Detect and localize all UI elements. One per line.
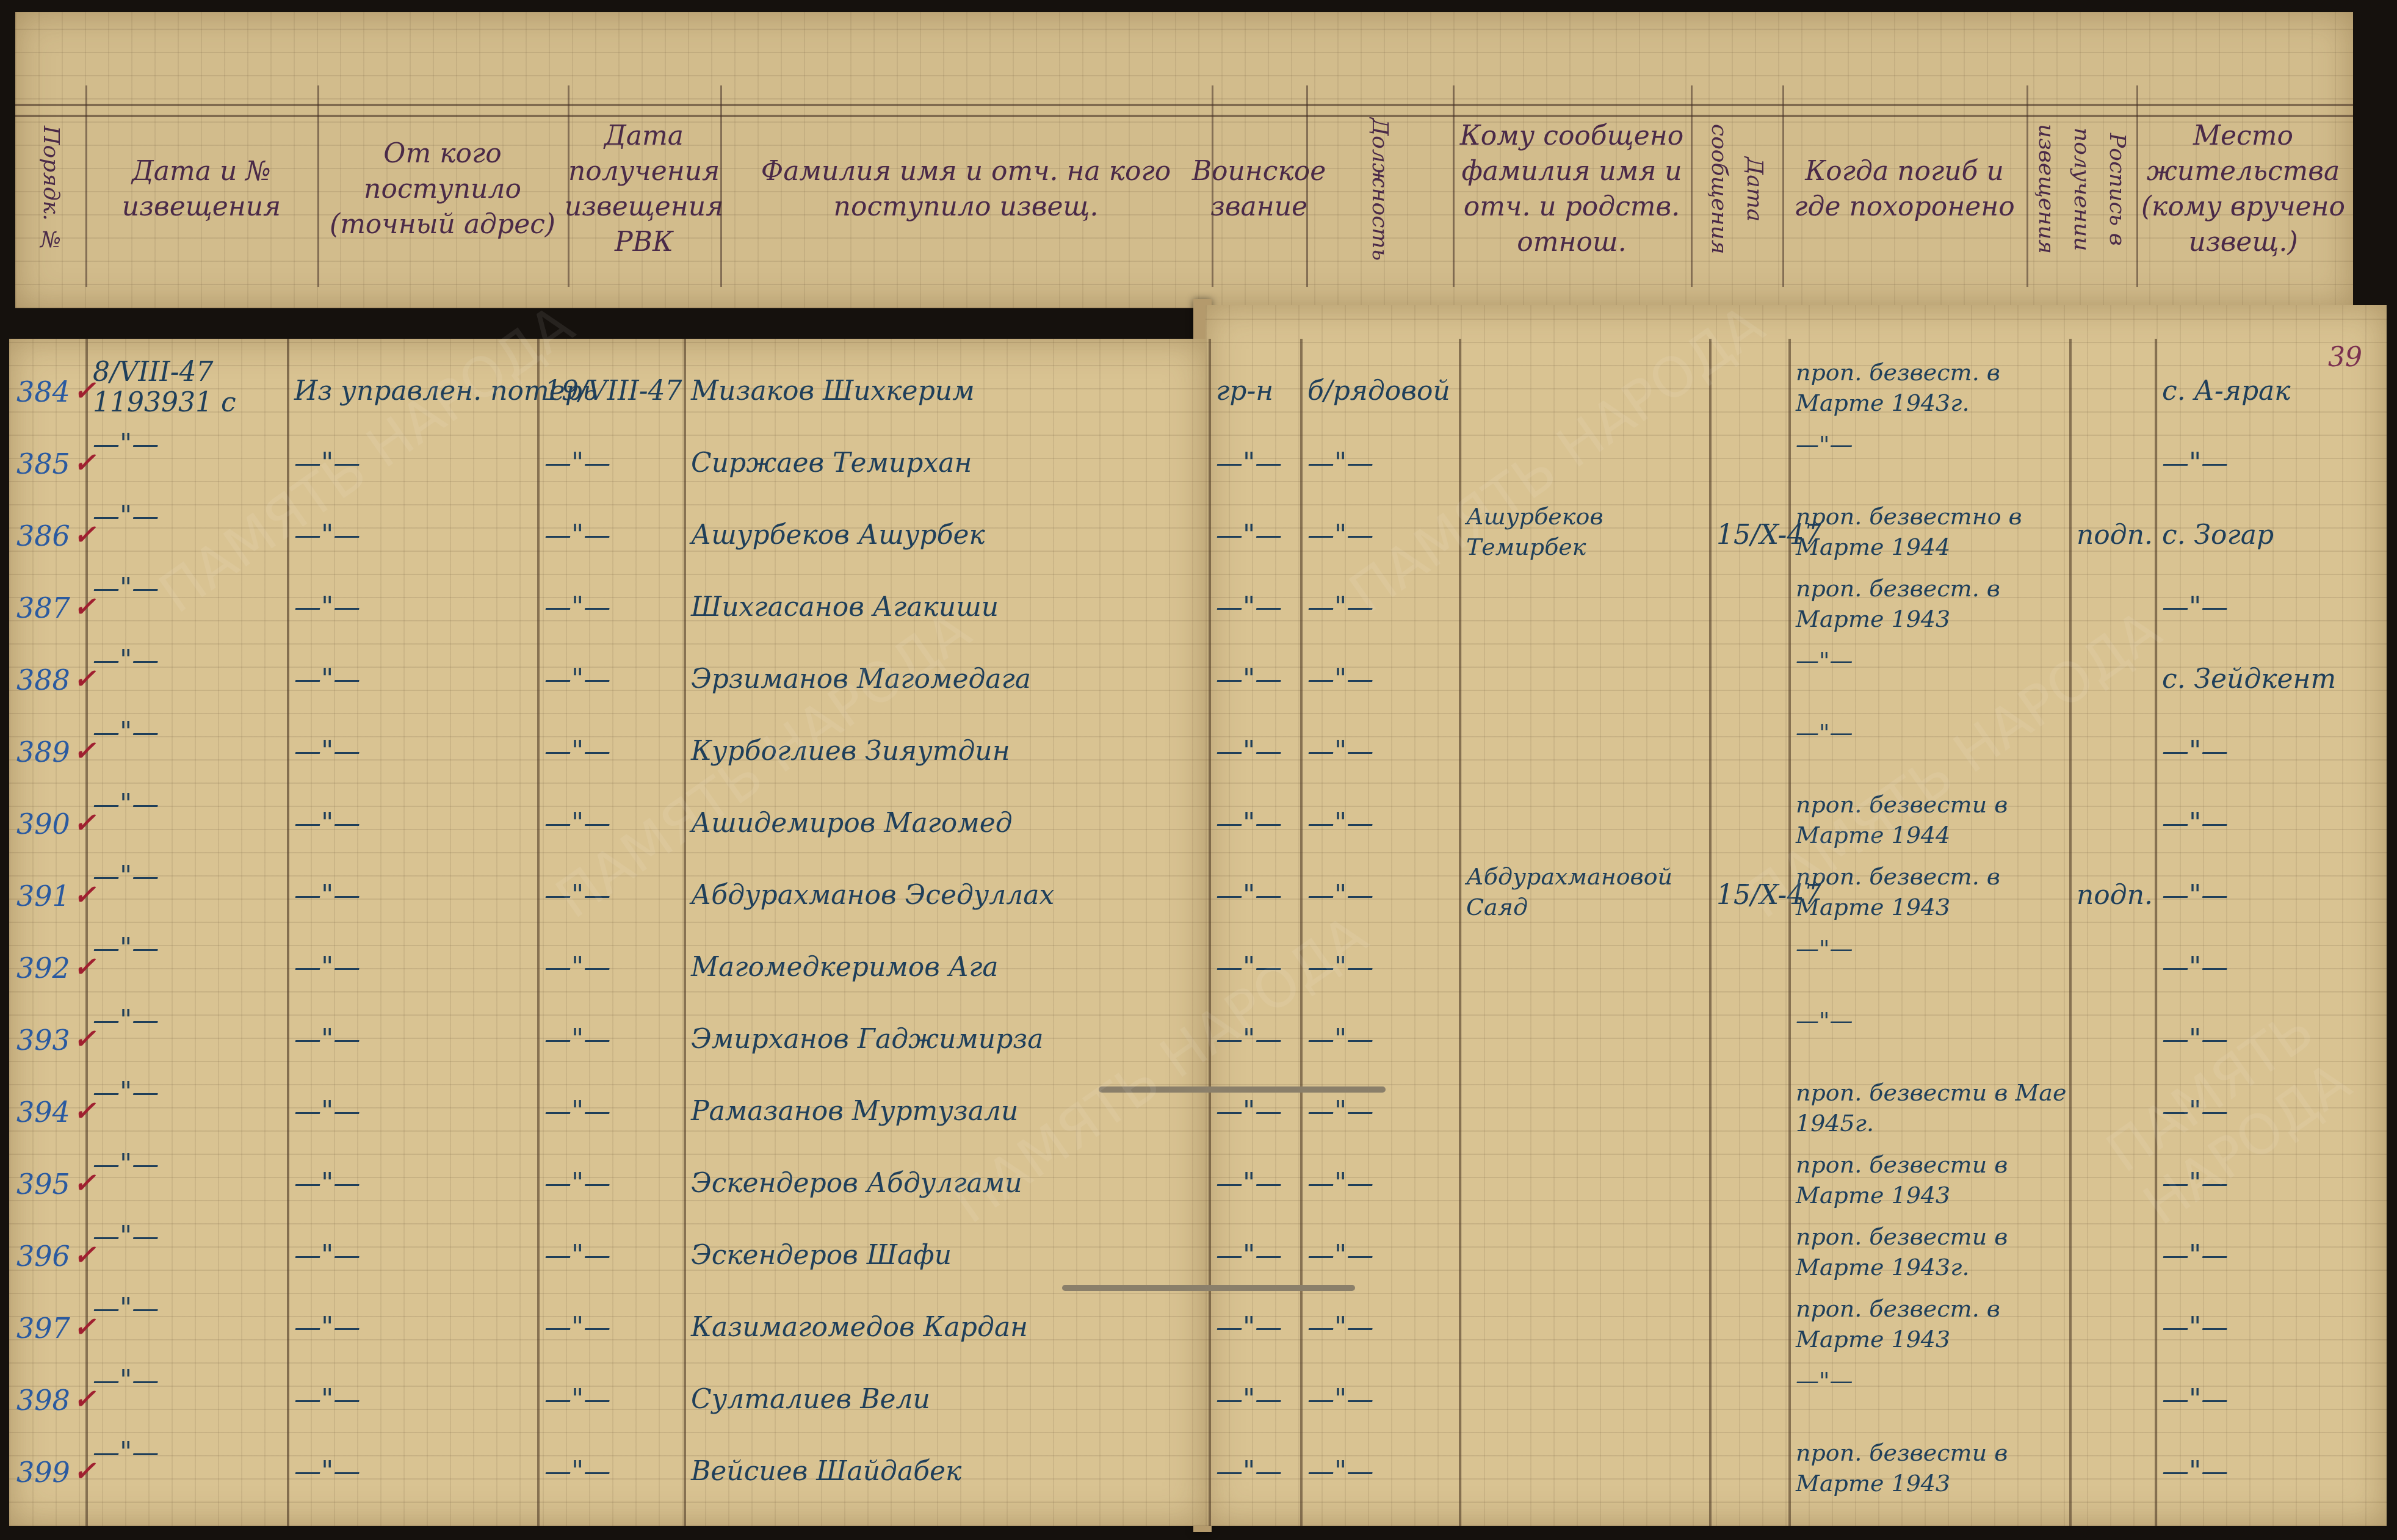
column-header-no: Порядк. № [15,98,85,281]
cell-from-whom: —"— [294,1384,360,1415]
cell-from-whom: —"— [294,1096,360,1127]
cell-rank: —"— [1216,1168,1282,1199]
cell-position: —"— [1307,1168,1373,1199]
header-column-divider [85,85,87,287]
cell-position: —"— [1307,808,1373,839]
cell-death: проп. безвести в Марте 1944 [1796,789,2067,850]
cell-no: 387 [16,591,70,624]
table-row: 386—"——"——"—Ашурбеков Ашурбек—"——"—Ашурб… [0,507,2397,580]
table-row: 388—"——"——"—Эрзиманов Магомедага—"——"——"… [0,651,2397,725]
cell-no: 391 [16,880,70,913]
cell-date-notice: —"— [93,1149,159,1180]
cell-position: —"— [1307,1312,1373,1343]
cell-from-whom: —"— [294,1456,360,1487]
check-mark-icon: ✓ [73,1312,96,1343]
cell-date-notice: —"— [93,645,159,676]
column-header-date_sent: Дата сообщения [1691,98,1782,281]
cell-position: —"— [1307,591,1373,623]
column-header-position: Должность [1306,98,1453,281]
table-row: 390—"——"——"—Ашидемиров Магомед—"——"—проп… [0,795,2397,869]
cell-date-received: —"— [544,519,610,551]
table-row: 399—"——"——"—Вейсиев Шайдабек—"——"—проп. … [0,1444,2397,1517]
cell-date-notice: —"— [93,1365,159,1396]
cell-rank: —"— [1216,447,1282,479]
cell-date-notice: —"— [93,1005,159,1036]
cell-from-whom: Из управлен. потерь [294,375,535,407]
cell-no: 384 [16,375,70,408]
cell-rank: —"— [1216,952,1282,983]
cell-rank: —"— [1216,1456,1282,1487]
cell-death: проп. безвести в Марте 1943 [1796,1437,2067,1498]
cell-residence: —"— [2162,1168,2228,1199]
cell-from-whom: —"— [294,519,360,551]
cell-death: проп. безвестно в Марте 1944 [1796,501,2067,562]
header-column-divider [720,85,722,287]
cell-date-sent: 15/X-47 [1716,519,1786,551]
column-header-notified: Кому сообщено фамилия имя и отч. и родст… [1453,98,1691,281]
cell-no: 388 [16,663,70,696]
cell-rank: —"— [1216,1024,1282,1055]
cell-residence: —"— [2162,952,2228,983]
cell-residence: —"— [2162,591,2228,623]
check-mark-icon: ✓ [73,952,96,983]
cell-death: проп. безвести в Марте 1943 [1796,1149,2067,1210]
table-row: 385—"——"——"—Сиржаев Темирхан—"——"——"——"—… [0,435,2397,508]
cell-date-received: —"— [544,1384,610,1415]
cell-name: Эрзиманов Магомедага [691,663,1031,695]
check-mark-icon: ✓ [73,1456,96,1487]
cell-date-notice: —"— [93,1221,159,1252]
cell-date-received: —"— [544,1096,610,1127]
cell-position: —"— [1307,736,1373,767]
cell-date-notice: —"— [93,1293,159,1324]
cell-death: —"— [1796,933,1853,964]
header-column-divider [568,85,569,287]
cell-date-received: —"— [544,736,610,767]
cell-rank: —"— [1216,591,1282,623]
table-row: 395—"——"——"—Эскендеров Абдулгами—"——"—пр… [0,1155,2397,1229]
cell-name: Вейсиев Шайдабек [691,1456,961,1487]
cell-death: —"— [1796,429,1853,460]
check-mark-icon: ✓ [73,1384,96,1415]
check-mark-icon: ✓ [73,591,96,623]
cell-no: 389 [16,736,70,768]
cell-date-notice: —"— [93,573,159,604]
check-mark-icon: ✓ [73,736,96,767]
cell-from-whom: —"— [294,952,360,983]
cell-from-whom: —"— [294,447,360,479]
cell-name: Сиржаев Темирхан [691,447,972,479]
check-mark-icon: ✓ [73,447,96,479]
cell-name: Курбоглиев Зияутдин [691,736,1010,767]
cell-date-received: —"— [544,1024,610,1055]
cell-date-received: —"— [544,591,610,623]
cell-rank: —"— [1216,519,1282,551]
cell-from-whom: —"— [294,591,360,623]
table-row: 393—"——"——"—Эмирханов Гаджимирза—"——"——"… [0,1011,2397,1085]
header-column-divider [1212,85,1213,287]
cell-position: —"— [1307,1384,1373,1415]
cell-death: проп. безвест. в Марте 1943 [1796,1293,2067,1354]
cell-no: 398 [16,1384,70,1417]
column-header-signature: Роспись в получении извещения [2026,98,2136,281]
cell-position: —"— [1307,952,1373,983]
cell-from-whom: —"— [294,1024,360,1055]
check-mark-icon: ✓ [73,1024,96,1055]
cell-death: —"— [1796,717,1853,748]
cell-date-notice: —"— [93,861,159,892]
table-row: 389—"——"——"—Курбоглиев Зияутдин—"——"——"—… [0,723,2397,797]
cell-from-whom: —"— [294,808,360,839]
cell-name: Султалиев Вели [691,1384,930,1415]
cell-name: Шихгасанов Агакиши [691,591,999,623]
cell-date-sent: 15/X-47 [1716,880,1786,911]
cell-date-notice: —"— [93,429,159,460]
cell-death: —"— [1796,1005,1853,1036]
cell-residence: —"— [2162,1456,2228,1487]
cell-no: 395 [16,1168,70,1201]
column-header-residence: Место жительства (кому вручено извещ.) [2136,98,2350,281]
cell-position: —"— [1307,1096,1373,1127]
cell-position: —"— [1307,880,1373,911]
cell-date-received: —"— [544,808,610,839]
check-mark-icon: ✓ [73,880,96,911]
cell-from-whom: —"— [294,663,360,695]
table-row: 392—"——"——"—Магомедкеримов Ага—"——"——"——… [0,939,2397,1013]
cell-date-received: —"— [544,1168,610,1199]
header-column-divider [1453,85,1455,287]
column-header-death: Когда погиб и где похоронено [1782,98,2026,281]
table-row: 391—"——"——"—Абдурахманов Эседуллах—"——"—… [0,867,2397,941]
cell-residence: с. А-ярак [2162,375,2291,407]
cell-position: —"— [1307,519,1373,551]
cell-from-whom: —"— [294,736,360,767]
cell-position: —"— [1307,663,1373,695]
header-column-divider [317,85,319,287]
cell-date-notice: —"— [93,501,159,532]
table-row: 398—"——"——"—Султалиев Вели—"——"——"——"—✓ [0,1372,2397,1445]
cell-name: Рамазанов Муртузали [691,1096,1018,1127]
column-header-date_notice: Дата и № извещения [85,98,317,281]
cell-no: 394 [16,1096,70,1129]
cell-date-received: —"— [544,1240,610,1271]
cell-residence: —"— [2162,1240,2228,1271]
cell-residence: с. Зейдкент [2162,663,2336,695]
cell-residence: —"— [2162,1312,2228,1343]
cell-from-whom: —"— [294,880,360,911]
cell-no: 393 [16,1024,70,1057]
cell-death: проп. безвест. в Марте 1943 [1796,861,2067,922]
cell-name: Ашурбеков Ашурбек [691,519,985,551]
cell-name: Магомедкеримов Ага [691,952,999,983]
cell-position: —"— [1307,1024,1373,1055]
cell-residence: —"— [2162,736,2228,767]
cell-no: 392 [16,952,70,985]
cell-death: проп. безвест. в Марте 1943 [1796,573,2067,634]
header-column-divider [1782,85,1784,287]
cell-date-received: 19/VIII-47 [544,375,681,407]
column-header-rank: Воинское звание [1212,98,1306,281]
cell-name: Мизаков Шихкерим [691,375,975,407]
cell-residence: —"— [2162,1096,2228,1127]
cell-death: проп. безвести в Мае 1945г. [1796,1077,2067,1138]
cell-residence: —"— [2162,808,2228,839]
table-row: 387—"——"——"—Шихгасанов Агакиши—"——"—проп… [0,579,2397,653]
cell-residence: —"— [2162,880,2228,911]
cell-date-received: —"— [544,1312,610,1343]
cell-rank: —"— [1216,1096,1282,1127]
header-column-divider [2026,85,2028,287]
cell-date-notice: —"— [93,717,159,748]
check-mark-icon: ✓ [73,1168,96,1199]
cell-date-received: —"— [544,1456,610,1487]
table-row: 394—"——"——"—Рамазанов Муртузали—"——"—про… [0,1083,2397,1157]
cell-no: 390 [16,808,70,840]
cell-residence: —"— [2162,447,2228,479]
column-header-date_received: Дата получения извещения РВК [568,98,720,281]
cell-position: —"— [1307,1240,1373,1271]
cell-date-notice: —"— [93,933,159,964]
cell-name: Ашидемиров Магомед [691,808,1013,839]
cell-rank: —"— [1216,1384,1282,1415]
cell-position: —"— [1307,447,1373,479]
cell-death: проп. безвести в Марте 1943г. [1796,1221,2067,1282]
column-header-name: Фамилия имя и отч. на кого поступило изв… [720,98,1212,281]
check-mark-icon: ✓ [73,1240,96,1271]
cell-name: Абдурахманов Эседуллах [691,880,1054,911]
cell-rank: —"— [1216,880,1282,911]
cell-rank: гр-н [1216,375,1273,407]
cell-residence: с. Зогар [2162,519,2274,551]
cell-no: 385 [16,447,70,480]
cell-death: проп. безвест. в Марте 1943г. [1796,357,2067,418]
cell-name: Казимагомедов Кардан [691,1312,1028,1343]
cell-death: —"— [1796,1365,1853,1396]
cell-rank: —"— [1216,1312,1282,1343]
cell-date-notice: —"— [93,789,159,820]
binding-thread [1099,1086,1386,1093]
cell-name: Эмирханов Гаджимирза [691,1024,1044,1055]
binding-thread [1062,1285,1355,1291]
cell-residence: —"— [2162,1384,2228,1415]
check-mark-icon: ✓ [73,663,96,695]
cell-date-received: —"— [544,952,610,983]
check-mark-icon: ✓ [73,519,96,551]
header-column-divider [1306,85,1308,287]
cell-rank: —"— [1216,808,1282,839]
cell-date-received: —"— [544,880,610,911]
cell-residence: —"— [2162,1024,2228,1055]
cell-from-whom: —"— [294,1168,360,1199]
cell-position: б/рядовой [1307,375,1450,407]
cell-signature: подп. [2077,880,2152,911]
cell-rank: —"— [1216,663,1282,695]
ledger-table: 3848/VIII-47 1193931 сИз управлен. потер… [0,339,2397,1526]
cell-name: Эскендеров Шафи [691,1240,952,1271]
cell-rank: —"— [1216,1240,1282,1271]
cell-date-notice: —"— [93,1077,159,1108]
cell-from-whom: —"— [294,1312,360,1343]
cell-no: 386 [16,519,70,552]
cell-no: 396 [16,1240,70,1273]
cell-signature: подп. [2077,519,2152,551]
cell-position: —"— [1307,1456,1373,1487]
column-header-from_whom: От кого поступило (точный адрес) [317,98,568,281]
check-mark-icon: ✓ [73,375,96,407]
cell-notified: Абдурахмановой Саяд [1466,861,1707,922]
cell-name: Эскендеров Абдулгами [691,1168,1022,1199]
table-row: 3848/VIII-47 1193931 сИз управлен. потер… [0,363,2397,436]
check-mark-icon: ✓ [73,1096,96,1127]
cell-no: 399 [16,1456,70,1489]
cell-no: 397 [16,1312,70,1345]
cell-death: —"— [1796,645,1853,676]
check-mark-icon: ✓ [73,808,96,839]
cell-notified: Ашурбеков Темирбек [1466,501,1707,562]
header-column-divider [1691,85,1693,287]
cell-from-whom: —"— [294,1240,360,1271]
cell-date-notice: —"— [93,1437,159,1468]
header-column-divider [2136,85,2138,287]
cell-rank: —"— [1216,736,1282,767]
table-row: 397—"——"——"—Казимагомедов Кардан—"——"—пр… [0,1300,2397,1373]
cell-date-notice: 8/VIII-47 1193931 с [93,357,284,418]
cell-date-received: —"— [544,663,610,695]
cell-date-received: —"— [544,447,610,479]
